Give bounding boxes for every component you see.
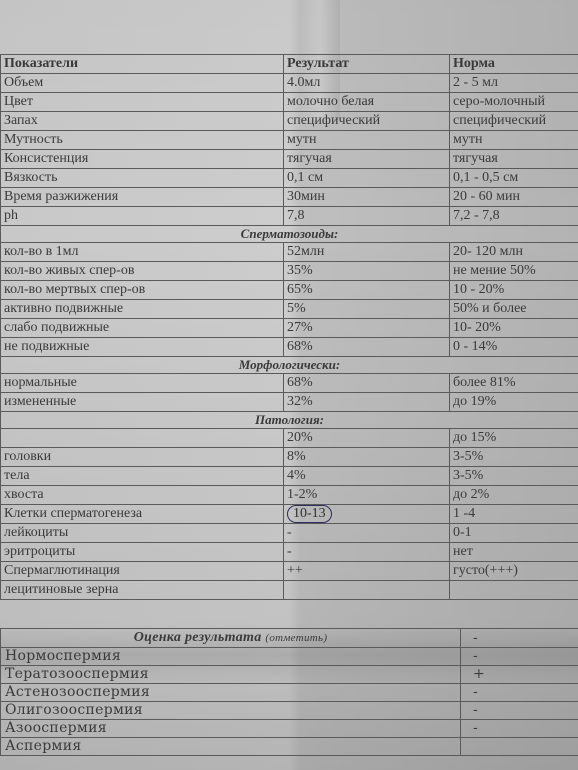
conclusion-row: Азооспермия-	[1, 720, 578, 738]
result-cell: ++	[284, 562, 450, 581]
table-row: Клетки сперматогенеза10-131 -4	[1, 505, 578, 524]
norm-cell: до 19%	[450, 393, 578, 412]
norm-cell: 3-5%	[450, 448, 578, 467]
norm-cell: 0-1	[450, 524, 578, 543]
section-header-morphology: Морфологически:	[1, 357, 578, 374]
parameter-cell: Вязкость	[1, 169, 284, 188]
parameter-cell: кол-во мертвых спер-ов	[1, 281, 284, 300]
result-cell: 1-2%	[284, 486, 450, 505]
result-cell: 35%	[284, 262, 450, 281]
norm-cell: 10- 20%	[450, 319, 578, 338]
result-cell: 68%	[284, 338, 450, 357]
result-cell: 27%	[284, 319, 450, 338]
parameter-cell: не подвижные	[1, 338, 284, 357]
conclusion-row: Олигозооспермия-	[1, 702, 578, 720]
conclusion-row: Аспермия	[1, 738, 578, 756]
result-cell: 68%	[284, 374, 450, 393]
result-cell: 5%	[284, 300, 450, 319]
conclusion-header-row: Оценка результата (отметить) -	[1, 629, 578, 648]
conclusion-mark: -	[461, 629, 578, 648]
norm-cell: мутн	[450, 131, 578, 150]
result-cell: тягучая	[284, 150, 450, 169]
norm-cell: 50% и более	[450, 300, 578, 319]
column-header-norm: Норма	[450, 55, 578, 74]
parameter-cell: лейкоциты	[1, 524, 284, 543]
conclusion-label: Тератозооспермия	[1, 666, 461, 684]
table-row: не подвижные68%0 - 14%	[1, 338, 578, 357]
results-table: Показатели Результат Норма Объем4.0мл2 -…	[0, 54, 578, 600]
norm-cell	[450, 581, 578, 600]
parameter-cell: измененные	[1, 393, 284, 412]
conclusion-row: Тератозооспермия+	[1, 666, 578, 684]
table-row: хвоста1-2%до 2%	[1, 486, 578, 505]
norm-cell: специфический	[450, 112, 578, 131]
result-cell: 4%	[284, 467, 450, 486]
norm-cell: тягучая	[450, 150, 578, 169]
parameter-cell: тела	[1, 467, 284, 486]
conclusion-table: Оценка результата (отметить) - Нормоспер…	[0, 628, 578, 756]
norm-cell: 0 - 14%	[450, 338, 578, 357]
result-cell: 4.0мл	[284, 74, 450, 93]
table-row: тела4%3-5%	[1, 467, 578, 486]
norm-cell: густо(+++)	[450, 562, 578, 581]
table-row: лецитиновые зерна	[1, 581, 578, 600]
conclusion-label: Аспермия	[1, 738, 461, 756]
table-row: Вязкость0,1 см0,1 - 0,5 см	[1, 169, 578, 188]
conclusion-mark: -	[461, 684, 578, 702]
table-row: ph7,87,2 - 7,8	[1, 207, 578, 226]
table-row: кол-во мертвых спер-ов65%10 - 20%	[1, 281, 578, 300]
table-row: Консистенциятягучаятягучая	[1, 150, 578, 169]
parameter-cell: кол-во живых спер-ов	[1, 262, 284, 281]
table-row: активно подвижные5%50% и более	[1, 300, 578, 319]
parameter-cell: Клетки сперматогенеза	[1, 505, 284, 524]
table-row: лейкоциты-0-1	[1, 524, 578, 543]
parameter-cell: нормальные	[1, 374, 284, 393]
table-header-row: Показатели Результат Норма	[1, 55, 578, 74]
parameter-cell: слабо подвижные	[1, 319, 284, 338]
table-row: Цветмолочно белаясеро-молочный	[1, 93, 578, 112]
result-cell: 30мин	[284, 188, 450, 207]
parameter-cell: Цвет	[1, 93, 284, 112]
parameter-cell: ph	[1, 207, 284, 226]
parameter-cell: Мутность	[1, 131, 284, 150]
table-row: Время разжижения30мин20 - 60 мин	[1, 188, 578, 207]
section-header-pathology: Патология:	[1, 412, 578, 429]
norm-cell: 20 - 60 мин	[450, 188, 578, 207]
norm-cell: нет	[450, 543, 578, 562]
parameter-cell: Запах	[1, 112, 284, 131]
conclusion-title-note: (отметить)	[265, 632, 327, 644]
result-cell	[284, 581, 450, 600]
table-row: кол-во живых спер-ов35%не мение 50%	[1, 262, 578, 281]
parameter-cell: эритроциты	[1, 543, 284, 562]
conclusion-mark: -	[461, 702, 578, 720]
parameter-cell: активно подвижные	[1, 300, 284, 319]
result-cell: 10-13	[284, 505, 450, 524]
table-row: кол-во в 1мл52млн20- 120 млн	[1, 243, 578, 262]
parameter-cell: хвоста	[1, 486, 284, 505]
result-cell: 52млн	[284, 243, 450, 262]
result-cell: 65%	[284, 281, 450, 300]
table-row: головки8%3-5%	[1, 448, 578, 467]
table-row: Спермаглютинация++густо(+++)	[1, 562, 578, 581]
norm-cell: более 81%	[450, 374, 578, 393]
section-title: Морфологически:	[1, 357, 578, 374]
result-cell: молочно белая	[284, 93, 450, 112]
table-row: Мутностьмутнмутн	[1, 131, 578, 150]
result-cell: 20%	[284, 429, 450, 448]
table-row: слабо подвижные27%10- 20%	[1, 319, 578, 338]
norm-cell: 1 -4	[450, 505, 578, 524]
parameter-cell: Консистенция	[1, 150, 284, 169]
parameter-cell	[1, 429, 284, 448]
conclusion-mark: -	[461, 720, 578, 738]
norm-cell: 20- 120 млн	[450, 243, 578, 262]
section-title: Патология:	[1, 412, 578, 429]
parameter-cell: лецитиновые зерна	[1, 581, 284, 600]
parameter-cell: Спермаглютинация	[1, 562, 284, 581]
result-cell: специфический	[284, 112, 450, 131]
circled-value: 10-13	[287, 505, 332, 523]
conclusion-label: Олигозооспермия	[1, 702, 461, 720]
result-cell: 32%	[284, 393, 450, 412]
parameter-cell: Время разжижения	[1, 188, 284, 207]
norm-cell: 7,2 - 7,8	[450, 207, 578, 226]
conclusion-mark: +	[461, 666, 578, 684]
table-row: нормальные68%более 81%	[1, 374, 578, 393]
norm-cell: 2 - 5 мл	[450, 74, 578, 93]
parameter-cell: кол-во в 1мл	[1, 243, 284, 262]
parameter-cell: головки	[1, 448, 284, 467]
parameter-cell: Объем	[1, 74, 284, 93]
table-row: Объем4.0мл2 - 5 мл	[1, 74, 578, 93]
result-cell: 0,1 см	[284, 169, 450, 188]
norm-cell: до 15%	[450, 429, 578, 448]
section-header-sperm: Сперматозоиды:	[1, 226, 578, 243]
table-row: измененные32%до 19%	[1, 393, 578, 412]
section-title: Сперматозоиды:	[1, 226, 578, 243]
conclusion-label: Астенозооспермия	[1, 684, 461, 702]
result-cell: 8%	[284, 448, 450, 467]
column-header-parameter: Показатели	[1, 55, 284, 74]
conclusion-mark: -	[461, 648, 578, 666]
result-cell: -	[284, 524, 450, 543]
result-cell: мутн	[284, 131, 450, 150]
conclusion-mark	[461, 738, 578, 756]
norm-cell: не мение 50%	[450, 262, 578, 281]
norm-cell: 0,1 - 0,5 см	[450, 169, 578, 188]
result-cell: -	[284, 543, 450, 562]
conclusion-title: Оценка результата (отметить)	[1, 629, 461, 648]
column-header-result: Результат	[284, 55, 450, 74]
norm-cell: 3-5%	[450, 467, 578, 486]
conclusion-label: Нормоспермия	[1, 648, 461, 666]
norm-cell: 10 - 20%	[450, 281, 578, 300]
norm-cell: серо-молочный	[450, 93, 578, 112]
result-cell: 7,8	[284, 207, 450, 226]
conclusion-row: Астенозооспермия-	[1, 684, 578, 702]
table-row: эритроциты-нет	[1, 543, 578, 562]
conclusion-label: Азооспермия	[1, 720, 461, 738]
table-row: 20%до 15%	[1, 429, 578, 448]
conclusion-row: Нормоспермия-	[1, 648, 578, 666]
norm-cell: до 2%	[450, 486, 578, 505]
table-row: Запахспецифическийспецифический	[1, 112, 578, 131]
